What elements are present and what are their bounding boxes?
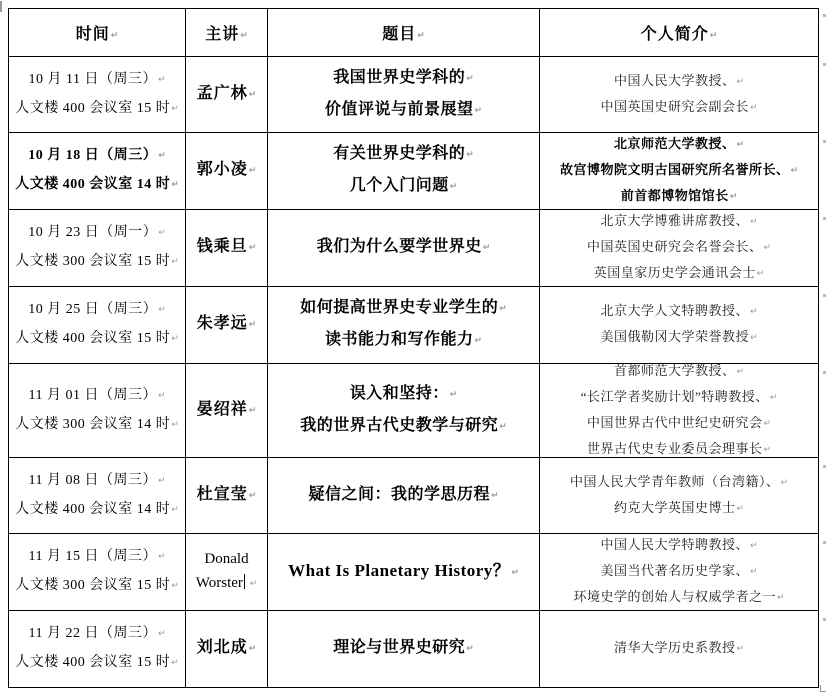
paragraph-mark-icon: ↵ [249,236,257,260]
profile-line: “长江学者奖励计划”特聘教授、↵ [581,385,778,411]
paragraph-mark-icon: ↵ [499,413,507,442]
title-line: 我们为什么要学世界史↵ [317,232,491,264]
paragraph-mark-icon: ↵ [240,31,248,41]
paragraph-mark-icon: ↵ [466,635,474,664]
profile-line: 北京大学人文特聘教授、↵ [600,299,757,325]
time-cell: 11 月 08 日（周三）↵ 人文楼 400 会议室 14 时↵ [9,458,186,533]
paragraph-mark-icon: ↵ [750,327,758,350]
paragraph-mark-icon: ↵ [763,439,771,458]
profile-line: 约克大学英国史博士↵ [614,496,744,522]
time-line: 10 月 23 日（周一）↵ [28,219,166,248]
speaker-cell: 晏绍祥↵ [186,364,268,457]
paragraph-mark-icon: ↵ [483,234,491,263]
paragraph-mark-icon: ↵ [450,381,458,410]
speaker-name: 晏绍祥↵ [197,398,257,424]
paragraph-mark-icon: ↵ [250,572,258,596]
title-line: 我的世界古代史教学与研究↵ [300,411,507,443]
speaker-name: 刘北成↵ [197,636,257,662]
profile-line: 环境史学的创始人与权威学者之一↵ [573,585,784,610]
paragraph-mark-icon: ↵ [249,313,257,337]
profile-line: 首都师范大学教授、↵ [614,364,744,385]
paragraph-mark-icon: ↵ [171,497,179,524]
table-header-row: 时间↵ 主讲↵ 题目↵ 个人简介↵ [9,9,818,57]
title-line: What Is Planetary History？↵ [288,556,519,589]
time-line: 10 月 25 日（周三）↵ [28,296,166,325]
table-row: 10 月 23 日（周一）↵ 人文楼 300 会议室 15 时↵ 钱乘旦↵ 我们… [9,210,818,287]
title-line: 有关世界史学科的↵ [333,139,474,171]
paragraph-mark-icon: ↵ [466,65,474,94]
speaker-name-text: Worster [196,575,243,591]
title-line: 几个入门问题↵ [350,171,458,203]
paragraph-mark-icon: ↵ [736,498,744,521]
paragraph-mark-icon: ↵ [158,297,166,324]
table-end-mark [820,685,826,692]
paragraph-mark-icon: ↵ [171,326,179,353]
page-edge-mark [0,1,2,12]
title-line: 理论与世界史研究↵ [333,633,474,665]
paragraph-mark-icon: ↵ [158,220,166,247]
table-row: 10 月 18 日（周三）↵ 人文楼 400 会议室 14 时↵ 郭小凌↵ 有关… [9,133,818,210]
paragraph-mark-icon: ↵ [750,97,758,120]
table-row: 10 月 11 日（周三）↵ 人文楼 400 会议室 15 时↵ 孟广林↵ 我国… [9,57,818,133]
paragraph-mark-icon: ↵ [158,621,166,648]
time-line: 11 月 15 日（周三）↵ [28,543,165,572]
speaker-cell: 孟广林↵ [186,57,268,132]
table-row: 11 月 08 日（周三）↵ 人文楼 400 会议室 14 时↵ 杜宣莹↵ 疑信… [9,458,818,534]
paragraph-mark-icon: ↵ [249,484,257,508]
paragraph-mark-icon: ↵ [757,263,765,286]
text-cursor [244,574,245,589]
speaker-name: 郭小凌↵ [197,158,257,184]
title-cell: 疑信之间：我的学思历程↵ [268,458,540,533]
profile-line: 北京大学博雅讲席教授、↵ [600,210,757,235]
time-line: 人文楼 400 会议室 14 时↵ [15,171,179,200]
speaker-cell: Donald Worster ↵ [186,534,268,610]
paragraph-mark-icon: ↵ [474,97,482,126]
title-line: 读书能力和写作能力↵ [325,325,482,357]
paragraph-mark-icon: ↵ [249,637,257,661]
title-cell: 如何提高世界史专业学生的↵ 读书能力和写作能力↵ [268,287,540,363]
title-line: 我国世界史学科的↵ [333,63,474,95]
header-cell-title: 题目↵ [268,9,540,56]
profile-cell: 北京师范大学教授、↵ 故宫博物院文明古国研究所名誉所长、↵ 前首都博物馆馆长↵ [540,133,818,209]
time-cell: 11 月 15 日（周三）↵ 人文楼 300 会议室 15 时↵ [9,534,186,610]
title-line: 误入和坚持：↵ [350,379,458,411]
table-row: 11 月 15 日（周三）↵ 人文楼 300 会议室 15 时↵ Donald … [9,534,818,611]
paragraph-mark-icon: ↵ [750,561,758,584]
paragraph-mark-icon: ↵ [491,482,499,511]
paragraph-mark-icon: ↵ [736,71,744,94]
profile-cell: 中国人民大学特聘教授、↵ 美国当代著名历史学家、↵ 环境史学的创始人与权威学者之… [540,534,818,610]
paragraph-mark-icon: ↵ [730,186,738,209]
profile-line: 中国人民大学教授、↵ [614,69,744,95]
title-cell: 误入和坚持：↵ 我的世界古代史教学与研究↵ [268,364,540,457]
paragraph-mark-icon: ↵ [111,31,119,41]
paragraph-mark-icon: ↵ [474,327,482,356]
paragraph-mark-icon: ↵ [171,249,179,276]
profile-line: 世界古代史专业委员会理事长↵ [587,437,771,458]
time-cell: 11 月 01 日（周三）↵ 人文楼 300 会议室 14 时↵ [9,364,186,457]
profile-line: 中国世界古代中世纪史研究会↵ [587,411,771,437]
time-cell: 11 月 22 日（周三）↵ 人文楼 400 会议室 15 时↵ [9,611,186,687]
time-line: 人文楼 400 会议室 15 时↵ [15,95,179,124]
time-line: 人文楼 400 会议室 15 时↵ [15,325,179,354]
paragraph-mark-icon: ↵ [158,544,166,571]
paragraph-mark-icon: ↵ [710,31,718,41]
profile-line: 中国人民大学特聘教授、↵ [600,534,757,559]
speaker-name: 钱乘旦↵ [197,235,257,261]
profile-cell: 北京大学人文特聘教授、↵ 美国俄勒冈大学荣誉教授↵ [540,287,818,363]
header-label: 时间↵ [76,21,119,44]
speaker-name: 朱孝远↵ [197,312,257,338]
title-cell: 有关世界史学科的↵ 几个入门问题↵ [268,133,540,209]
title-cell: 理论与世界史研究↵ [268,611,540,687]
header-cell-time: 时间↵ [9,9,186,56]
speaker-name: 孟广林↵ [197,82,257,108]
header-label: 主讲↵ [205,21,248,44]
paragraph-mark-icon: ↵ [171,172,179,199]
paragraph-mark-icon: ↵ [750,301,758,324]
time-line: 11 月 08 日（周三）↵ [28,467,165,496]
paragraph-mark-icon: ↵ [736,638,744,661]
time-cell: 10 月 11 日（周三）↵ 人文楼 400 会议室 15 时↵ [9,57,186,132]
paragraph-mark-icon: ↵ [736,364,744,384]
speaker-cell: 杜宣莹↵ [186,458,268,533]
time-cell: 10 月 25 日（周三）↵ 人文楼 400 会议室 15 时↵ [9,287,186,363]
paragraph-mark-icon: ↵ [249,399,257,423]
time-line: 10 月 11 日（周三）↵ [28,66,165,95]
time-cell: 10 月 23 日（周一）↵ 人文楼 300 会议室 15 时↵ [9,210,186,286]
paragraph-mark-icon: ↵ [750,211,758,234]
speaker-cell: 钱乘旦↵ [186,210,268,286]
profile-cell: 北京大学博雅讲席教授、↵ 中国英国史研究会名誉会长、↵ 英国皇家历史学会通讯会士… [540,210,818,286]
paragraph-mark-icon: ↵ [780,472,788,495]
time-line: 10 月 18 日（周三）↵ [28,142,166,171]
title-line: 疑信之间：我的学思历程↵ [308,480,498,512]
paragraph-mark-icon: ↵ [249,83,257,107]
title-line: 如何提高世界史专业学生的↵ [300,293,507,325]
paragraph-mark-icon: ↵ [763,413,771,436]
table-row: 11 月 22 日（周三）↵ 人文楼 400 会议室 15 时↵ 刘北成↵ 理论… [9,611,818,687]
paragraph-mark-icon: ↵ [249,159,257,183]
profile-cell: 清华大学历史系教授↵ [540,611,818,687]
paragraph-mark-icon: ↵ [736,134,744,157]
header-label: 个人简介↵ [641,21,718,44]
paragraph-mark-icon: ↵ [777,587,785,610]
paragraph-mark-icon: ↵ [450,173,458,202]
paragraph-mark-icon: ↵ [158,67,166,94]
profile-line: 前首都博物馆馆长↵ [621,184,738,209]
paragraph-mark-icon: ↵ [466,141,474,170]
header-label: 题目↵ [382,21,425,44]
header-cell-profile: 个人简介↵ [540,9,818,56]
paragraph-mark-icon: ↵ [770,387,778,410]
paragraph-mark-icon: ↵ [171,412,179,439]
title-line: 价值评说与前景展望↵ [325,95,482,127]
paragraph-mark-icon: ↵ [171,573,179,600]
time-line: 人文楼 300 会议室 15 时↵ [15,248,179,277]
profile-line: 中国英国史研究会副会长↵ [600,95,757,121]
time-line: 人文楼 300 会议室 14 时↵ [15,411,179,440]
paragraph-mark-icon: ↵ [417,31,425,41]
paragraph-mark-icon: ↵ [158,143,166,170]
paragraph-mark-icon: ↵ [499,295,507,324]
time-line: 人文楼 300 会议室 15 时↵ [15,572,179,601]
title-cell: 我国世界史学科的↵ 价值评说与前景展望↵ [268,57,540,132]
paragraph-mark-icon: ↵ [511,559,519,588]
speaker-cell: 刘北成↵ [186,611,268,687]
profile-line: 美国俄勒冈大学荣誉教授↵ [600,325,757,351]
paragraph-mark-icon: ↵ [763,237,771,260]
paragraph-mark-icon: ↵ [171,96,179,123]
speaker-name: 杜宣莹↵ [197,483,257,509]
time-cell: 10 月 18 日（周三）↵ 人文楼 400 会议室 14 时↵ [9,133,186,209]
speaker-name: Worster ↵ [196,571,257,597]
speaker-name: Donald [204,547,248,571]
profile-cell: 中国人民大学青年教师（台湾籍）、↵ 约克大学英国史博士↵ [540,458,818,533]
speaker-cell: 郭小凌↵ [186,133,268,209]
profile-line: 清华大学历史系教授↵ [614,636,744,662]
profile-cell: 中国人民大学教授、↵ 中国英国史研究会副会长↵ [540,57,818,132]
table-row: 10 月 25 日（周三）↵ 人文楼 400 会议室 15 时↵ 朱孝远↵ 如何… [9,287,818,364]
paragraph-mark-icon: ↵ [750,535,758,558]
time-line: 11 月 01 日（周三）↵ [28,382,165,411]
header-cell-speaker: 主讲↵ [186,9,268,56]
paragraph-mark-icon: ↵ [158,383,166,410]
paragraph-mark-icon: ↵ [171,650,179,677]
lecture-schedule-table: 时间↵ 主讲↵ 题目↵ 个人简介↵ 10 月 11 日（周三）↵ 人文楼 400… [8,8,819,688]
time-line: 人文楼 400 会议室 15 时↵ [15,649,179,678]
profile-cell: 首都师范大学教授、↵ “长江学者奖励计划”特聘教授、↵ 中国世界古代中世纪史研究… [540,364,818,457]
document-page: 时间↵ 主讲↵ 题目↵ 个人简介↵ 10 月 11 日（周三）↵ 人文楼 400… [0,0,826,693]
profile-line: 美国当代著名历史学家、↵ [600,559,757,585]
profile-line: 中国人民大学青年教师（台湾籍）、↵ [570,470,788,496]
table-row: 11 月 01 日（周三）↵ 人文楼 300 会议室 14 时↵ 晏绍祥↵ 误入… [9,364,818,458]
profile-line: 中国英国史研究会名誉会长、↵ [587,235,771,261]
profile-line: 北京师范大学教授、↵ [614,133,744,158]
paragraph-mark-icon: ↵ [790,160,798,183]
profile-line: 英国皇家历史学会通讯会士↵ [594,261,765,286]
title-cell: What Is Planetary History？↵ [268,534,540,610]
title-cell: 我们为什么要学世界史↵ [268,210,540,286]
profile-line: 故宫博物院文明古国研究所名誉所长、↵ [560,158,798,184]
time-line: 11 月 22 日（周三）↵ [28,620,165,649]
time-line: 人文楼 400 会议室 14 时↵ [15,496,179,525]
speaker-cell: 朱孝远↵ [186,287,268,363]
paragraph-mark-icon: ↵ [158,468,166,495]
